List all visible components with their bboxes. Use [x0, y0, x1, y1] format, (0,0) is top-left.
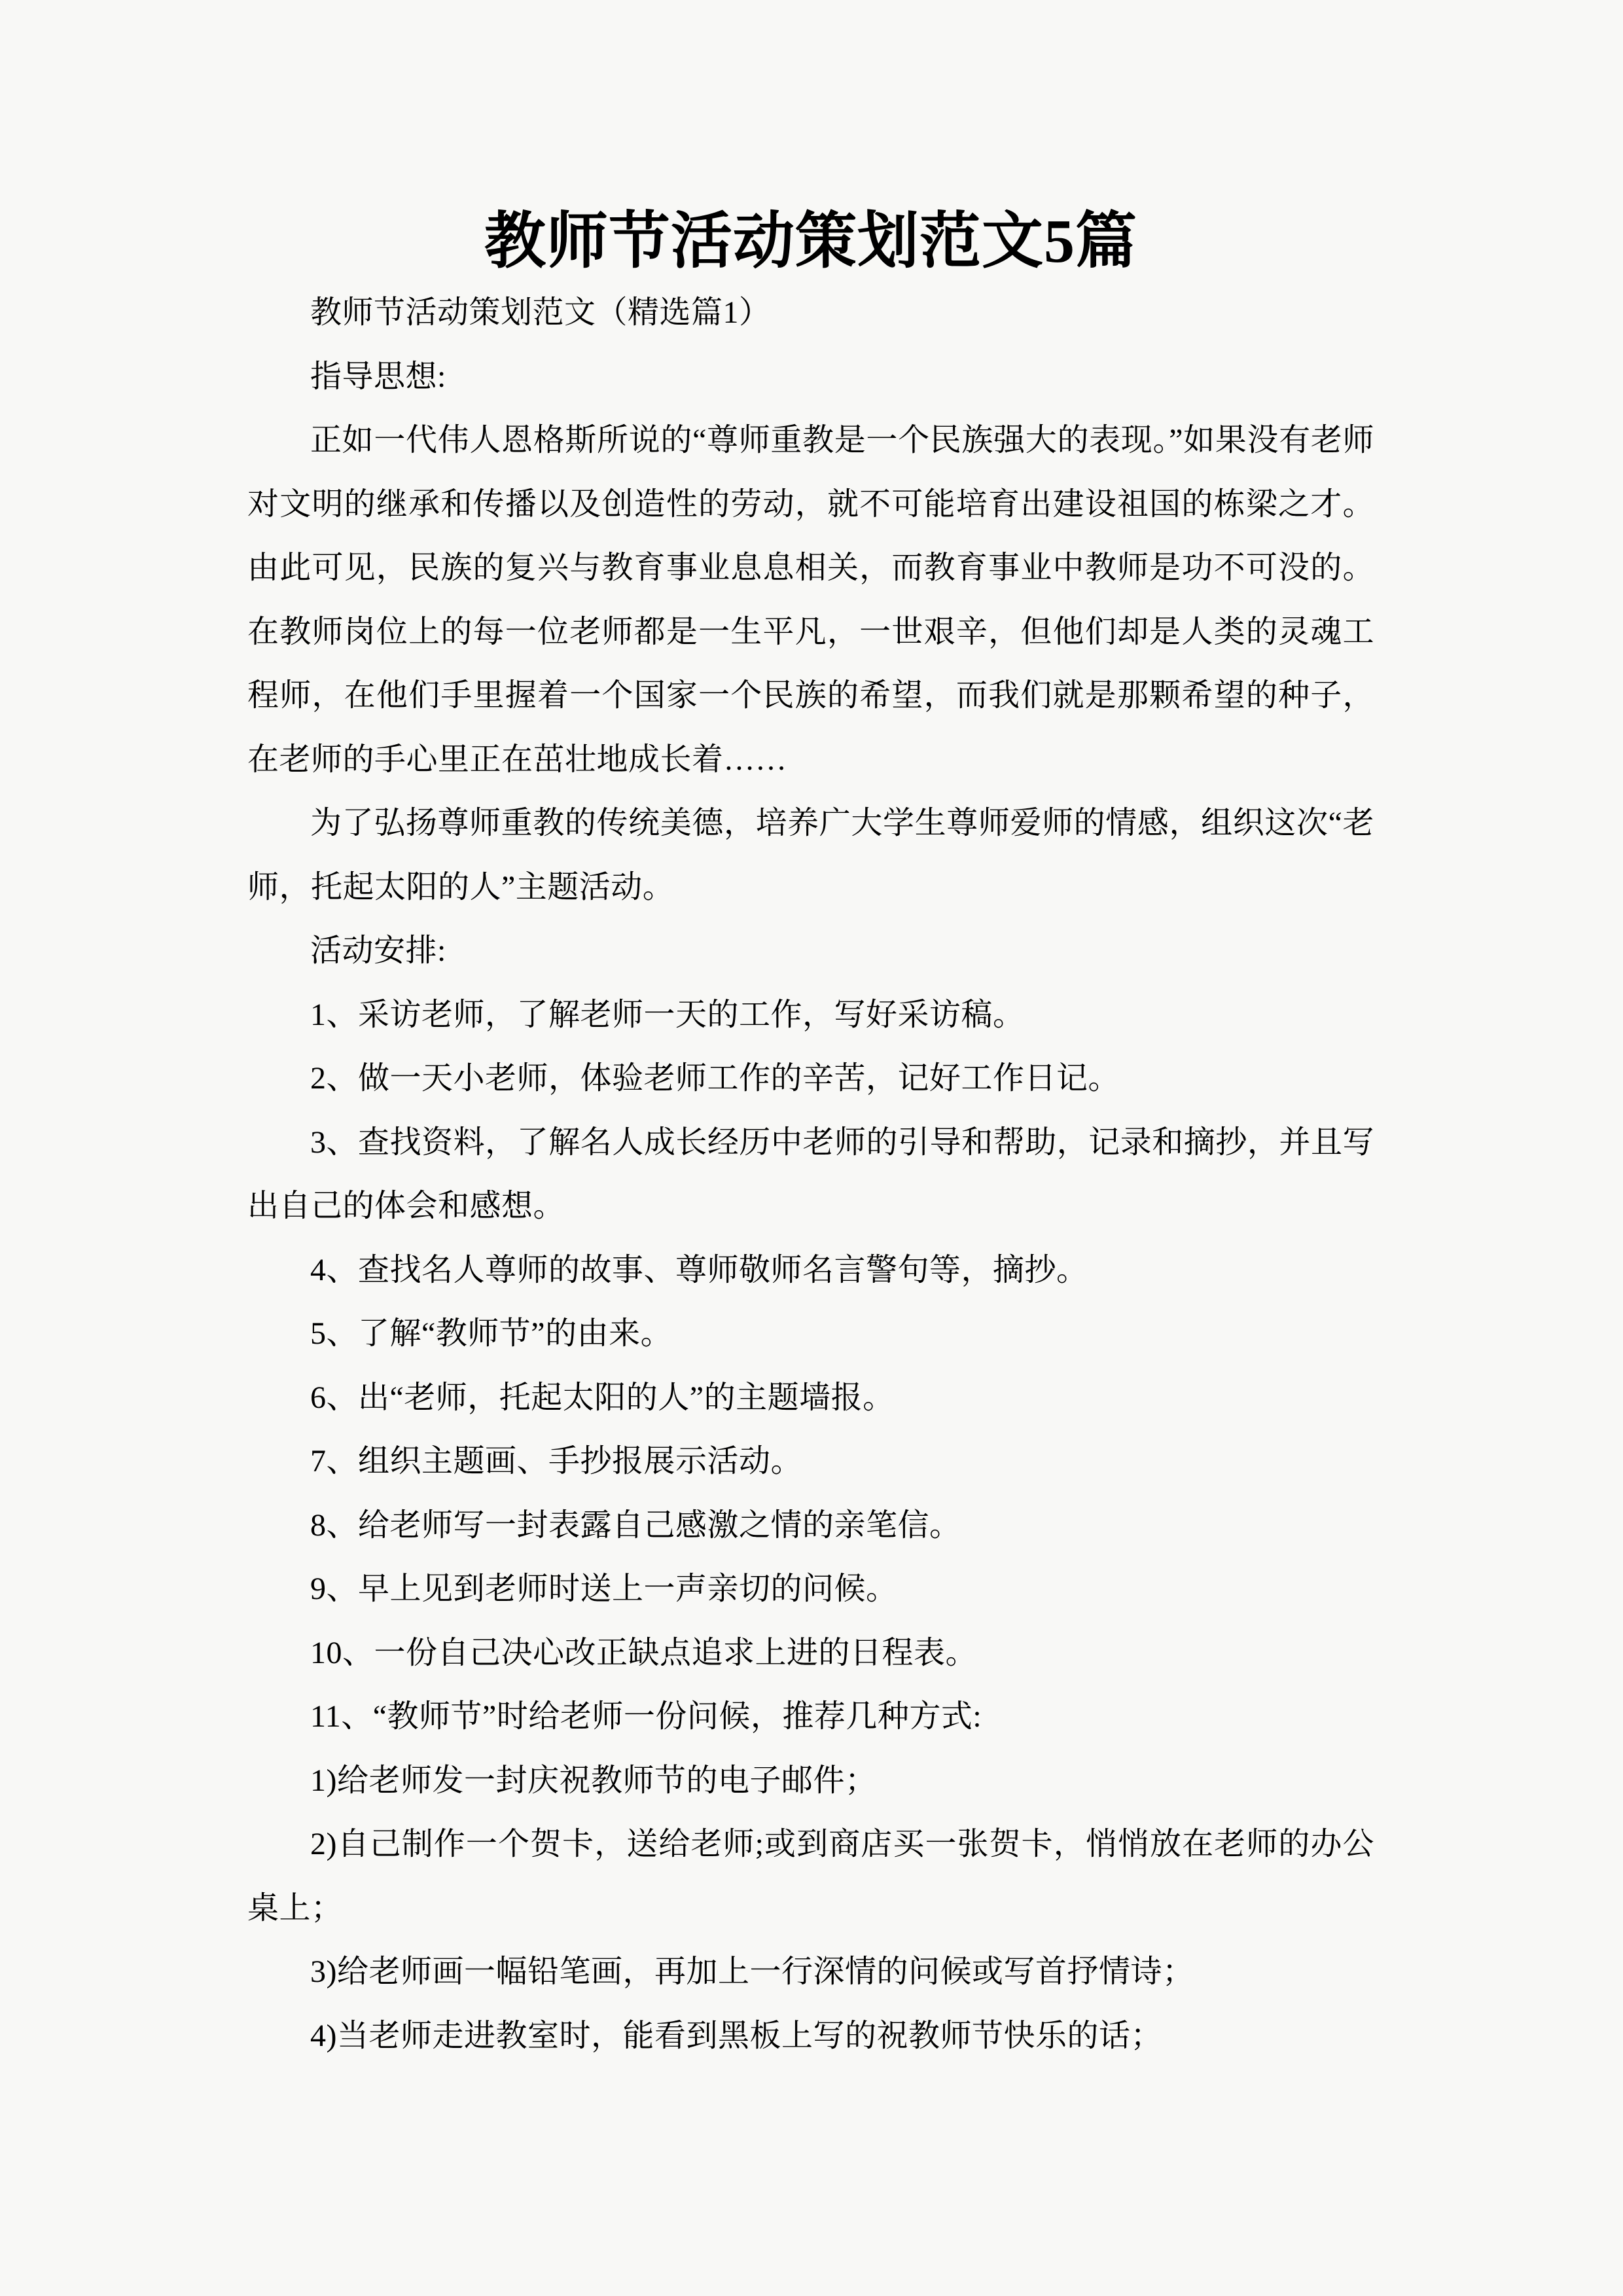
paragraph-item-8: 8、给老师写一封表露自己感激之情的亲笔信。: [247, 1494, 1374, 1558]
paragraph-subitem-3: 3)给老师画一幅铅笔画，再加上一行深情的问候或写首抒情诗；: [247, 1940, 1374, 2004]
paragraph-subitem-1: 1)给老师发一封庆祝教师节的电子邮件；: [247, 1749, 1374, 1813]
paragraph-item-3: 3、查找资料，了解名人成长经历中老师的引导和帮助，记录和摘抄，并且写出自己的体会…: [247, 1111, 1374, 1238]
paragraph-intro: 正如一代伟人恩格斯所说的“尊师重教是一个民族强大的表现。”如果没有老师对文明的继…: [247, 408, 1374, 791]
paragraph-purpose: 为了弘扬尊师重教的传统美德，培养广大学生尊师爱师的情感，组织这次“老师，托起太阳…: [247, 791, 1374, 919]
paragraph-subitem-2: 2)自己制作一个贺卡，送给老师;或到商店买一张贺卡，悄悄放在老师的办公桌上；: [247, 1812, 1374, 1940]
paragraph-subitem-4: 4)当老师走进教室时，能看到黑板上写的祝教师节快乐的话；: [247, 2004, 1374, 2068]
paragraph-item-4: 4、查找名人尊师的故事、尊师敬师名言警句等，摘抄。: [247, 1238, 1374, 1302]
paragraph-item-5: 5、了解“教师节”的由来。: [247, 1302, 1374, 1366]
document-title: 教师节活动策划范文5篇: [247, 211, 1374, 272]
paragraph-item-9: 9、早上见到老师时送上一声亲切的问候。: [247, 1557, 1374, 1621]
paragraph-item-2: 2、做一天小老师，体验老师工作的辛苦，记好工作日记。: [247, 1047, 1374, 1111]
paragraph-guiding-ideology-heading: 指导思想:: [247, 345, 1374, 409]
paragraph-item-6: 6、出“老师，托起太阳的人”的主题墙报。: [247, 1366, 1374, 1430]
paragraph-item-10: 10、一份自己决心改正缺点追求上进的日程表。: [247, 1621, 1374, 1685]
document-page: 教师节活动策划范文5篇 教师节活动策划范文（精选篇1） 指导思想: 正如一代伟人…: [0, 0, 1623, 2296]
paragraph-subtitle: 教师节活动策划范文（精选篇1）: [247, 281, 1374, 345]
paragraph-item-11: 11、“教师节”时给老师一份问候，推荐几种方式:: [247, 1685, 1374, 1749]
paragraph-item-7: 7、组织主题画、手抄报展示活动。: [247, 1429, 1374, 1494]
paragraph-item-1: 1、采访老师，了解老师一天的工作，写好采访稿。: [247, 983, 1374, 1047]
paragraph-activity-schedule-heading: 活动安排:: [247, 919, 1374, 983]
